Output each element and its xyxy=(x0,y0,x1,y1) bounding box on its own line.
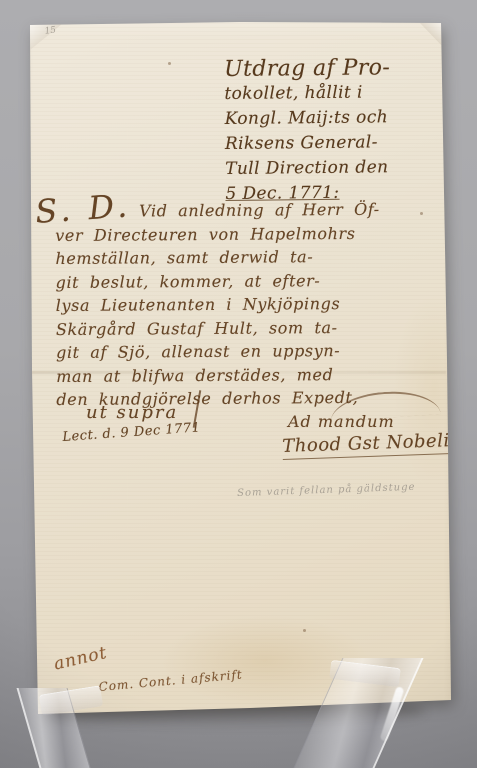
photo-scene: 15 Utdrag af Pro- tokollet, hållit i Kon… xyxy=(0,0,477,768)
photo-vignette xyxy=(0,0,477,768)
